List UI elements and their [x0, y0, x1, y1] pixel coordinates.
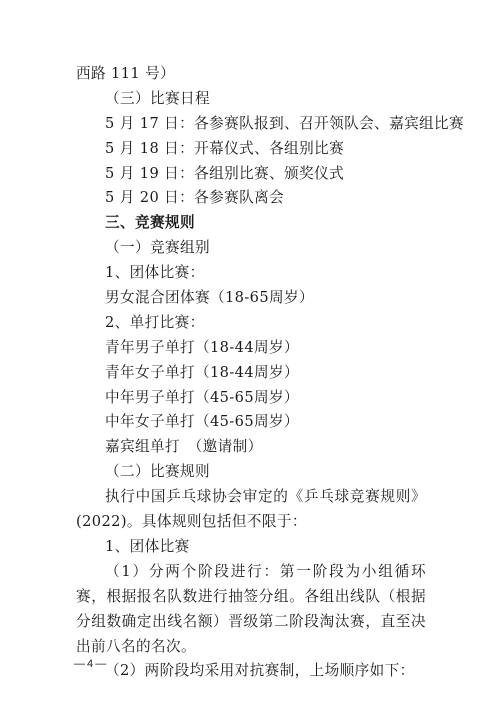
- paragraph-two-stages: （1）分两个阶段进行：第一阶段为小组循环赛，根据报名队数进行抽签分组。各组出线队…: [76, 560, 426, 660]
- chapter-heading-rules: 三、竞赛规则: [76, 211, 426, 236]
- item-youth-men-singles: 青年男子单打（18-44周岁）: [76, 336, 426, 361]
- section-heading-groups: （一）竞赛组别: [76, 236, 426, 261]
- item-youth-women-singles: 青年女子单打（18-44周岁）: [76, 361, 426, 386]
- paragraph-play-order: （2）两阶段均采用对抗赛制，上场顺序如下：: [76, 659, 426, 684]
- schedule-may-18: 5 月 18 日：开幕仪式、各组别比赛: [76, 137, 426, 162]
- item-mixed-team: 男女混合团体赛（18-65周岁）: [76, 286, 426, 311]
- page-number: — 4 —: [74, 658, 106, 670]
- schedule-may-19: 5 月 19 日：各组别比赛、颁奖仪式: [76, 162, 426, 187]
- document-page: 西路 111 号） （三）比赛日程 5 月 17 日：各参赛队报到、召开领队会、…: [0, 0, 500, 706]
- paragraph-rules-reference: 执行中国乒乓球协会审定的《乒乓球竞赛规则》(2022)。具体规则包括但不限于：: [76, 485, 426, 535]
- item-middle-men-singles: 中年男子单打（45-65周岁）: [76, 386, 426, 411]
- section-heading-match-rules: （二）比赛规则: [76, 460, 426, 485]
- schedule-may-20: 5 月 20 日：各参赛队离会: [76, 186, 426, 211]
- item-guest-singles: 嘉宾组单打 （邀请制）: [76, 435, 426, 460]
- item-team-event: 1、团体比赛：: [76, 261, 426, 286]
- subheading-team-event: 1、团体比赛: [76, 535, 426, 560]
- item-middle-women-singles: 中年女子单打（45-65周岁）: [76, 410, 426, 435]
- document-body: 西路 111 号） （三）比赛日程 5 月 17 日：各参赛队报到、召开领队会、…: [76, 62, 426, 684]
- section-heading-schedule: （三）比赛日程: [76, 87, 426, 112]
- item-singles-event: 2、单打比赛：: [76, 311, 426, 336]
- text-line-address-end: 西路 111 号）: [76, 62, 426, 87]
- schedule-may-17: 5 月 17 日：各参赛队报到、召开领队会、嘉宾组比赛: [76, 112, 426, 137]
